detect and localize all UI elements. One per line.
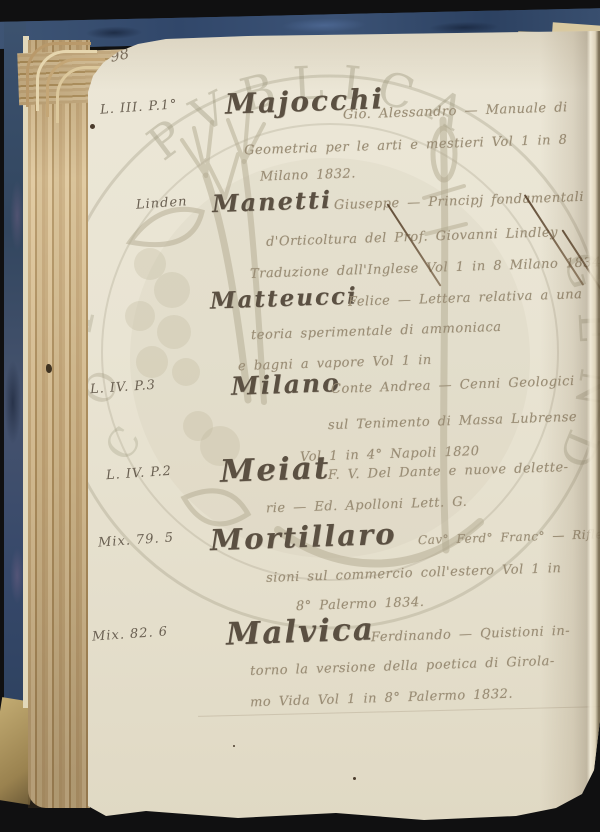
entry-description-line: Milano 1832. <box>260 166 356 184</box>
ink-speck <box>90 124 95 129</box>
page-right-curvature-shadow <box>540 28 600 820</box>
page-edges-left <box>28 40 90 808</box>
entry-author-name: Malvica <box>225 611 375 652</box>
entry-author-name: Matteucci <box>210 282 359 314</box>
ink-speck <box>353 777 356 780</box>
manuscript-page: PVBLICA GEND T O C <box>88 28 600 820</box>
manuscript-photo: PVBLICA GEND T O C <box>0 0 600 832</box>
entry-author-name: Meiat <box>219 450 330 490</box>
entry-author-name: Manetti <box>212 185 333 218</box>
entry-author-name: Mortillaro <box>209 517 397 557</box>
ink-speck <box>233 745 235 747</box>
entry-author-name: Milano <box>231 368 342 401</box>
ink-speck <box>46 364 52 373</box>
